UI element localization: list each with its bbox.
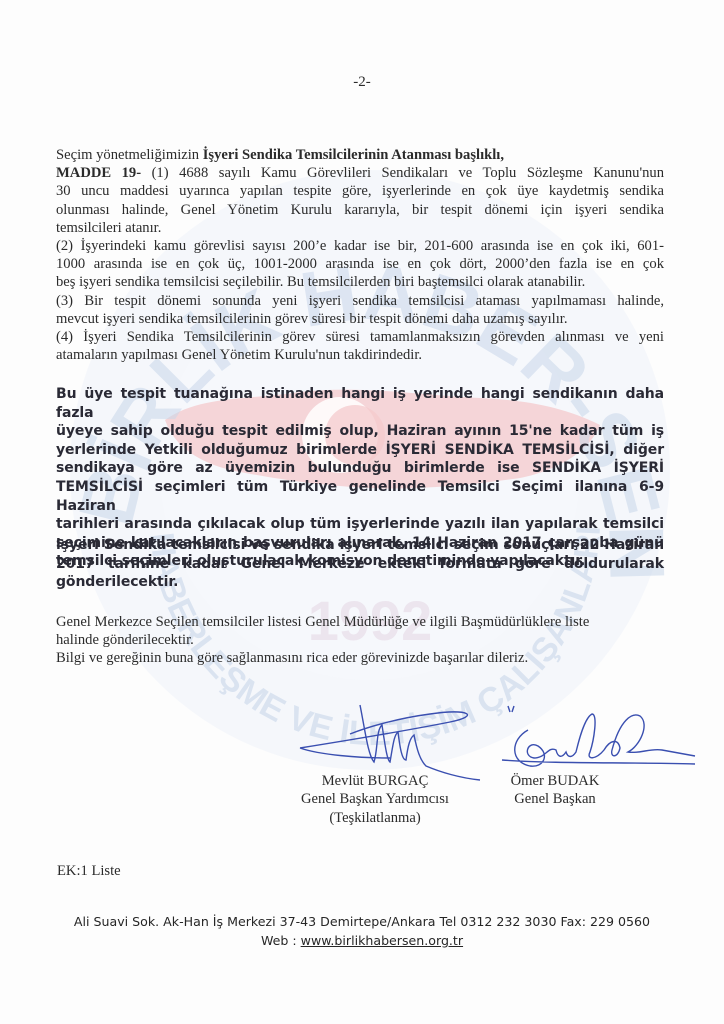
results-line: 2017 tarihine kadar Genel Merkeze ekteki…	[56, 555, 664, 574]
footer-web: Web : www.birlikhabersen.org.tr	[0, 933, 724, 948]
results-paragraph: işyeri Sendika temsilcisi ve sendika işy…	[56, 536, 664, 592]
article-line: (2) İşyerindeki kamu görevlisi sayısı 20…	[56, 237, 664, 255]
article-line: beş işyeri sendika temsilcisi seçilebili…	[56, 273, 664, 291]
article-line: (4) İşyeri Sendika Temsilcilerinin görev…	[56, 328, 664, 346]
announcement-line: Bu üye tespit tuanağına istinaden hangi …	[56, 385, 664, 422]
signatory-subtitle: (Teşkilatlanma)	[300, 809, 450, 827]
results-line: işyeri Sendika temsilcisi ve sendika işy…	[56, 536, 664, 555]
announcement-line: tarihleri arasında çıkılacak olup tüm iş…	[56, 515, 664, 534]
announcement-line: yerlerinde Yetkili olduğumuz birimlerde …	[56, 441, 664, 460]
closing-line: Bilgi ve gereğinin buna göre sağlanmasın…	[56, 649, 664, 667]
results-line: gönderilecektir.	[56, 573, 664, 592]
signatory-name: Ömer BUDAK	[500, 772, 610, 790]
footer-address: Ali Suavi Sok. Ak-Han İş Merkezi 37-43 D…	[0, 914, 724, 929]
article-line: (3) Bir tespit dönemi sonunda yeni işyer…	[56, 292, 664, 310]
page-number: -2-	[0, 74, 724, 91]
article-line: MADDE 19- (1) 4688 sayılı Kamu Görevlile…	[56, 164, 664, 182]
announcement-line: üyeye sahip olduğu tespit edilmiş olup, …	[56, 422, 664, 441]
article-line: temsilcileri atanır.	[56, 219, 664, 237]
signatory-budak: Ömer BUDAK Genel Başkan	[500, 772, 610, 809]
footer-web-label: Web :	[261, 933, 301, 948]
article-line: mevcut işyeri sendika temsilcilerinin gö…	[56, 310, 664, 328]
announcement-line: TEMSİLCİSİ seçimleri tüm Türkiye genelin…	[56, 478, 664, 515]
website-link[interactable]: www.birlikhabersen.org.tr	[301, 933, 463, 948]
closing-line: halinde gönderilecektir.	[56, 631, 664, 649]
article-line: 1000 arasında ise en çok üç, 1001-2000 a…	[56, 255, 664, 273]
signature-budak-icon	[500, 700, 700, 780]
intro-line: Seçim yönetmeliğimizin İşyeri Sendika Te…	[56, 146, 664, 164]
signatory-name: Mevlüt BURGAÇ	[300, 772, 450, 790]
signatory-title: Genel Başkan	[500, 790, 610, 808]
closing-line: Genel Merkezce Seçilen temsilciler liste…	[56, 613, 664, 631]
article-line: olunması halinde, Genel Yönetim Kurulu k…	[56, 201, 664, 219]
regulation-article: Seçim yönetmeliğimizin İşyeri Sendika Te…	[56, 146, 664, 364]
article-label: MADDE 19-	[56, 165, 141, 181]
signatory-burgac: Mevlüt BURGAÇ Genel Başkan Yardımcısı (T…	[300, 772, 450, 827]
annex-note: EK:1 Liste	[57, 863, 121, 880]
signatory-title: Genel Başkan Yardımcısı	[300, 790, 450, 808]
article-title: İşyeri Sendika Temsilcilerinin Atanması …	[203, 147, 504, 163]
article-line: 30 uncu maddesi uyarınca yapılan tespite…	[56, 182, 664, 200]
document-page: BİRLİK HABER-SEN HABERLEŞME VE İLETİŞİM …	[0, 0, 724, 1024]
closing-paragraph: Genel Merkezce Seçilen temsilciler liste…	[56, 613, 664, 668]
article-line: atamaların yapılması Genel Yönetim Kurul…	[56, 346, 664, 364]
announcement-line: sendikaya göre az üyemizin bulunduğu bir…	[56, 459, 664, 478]
